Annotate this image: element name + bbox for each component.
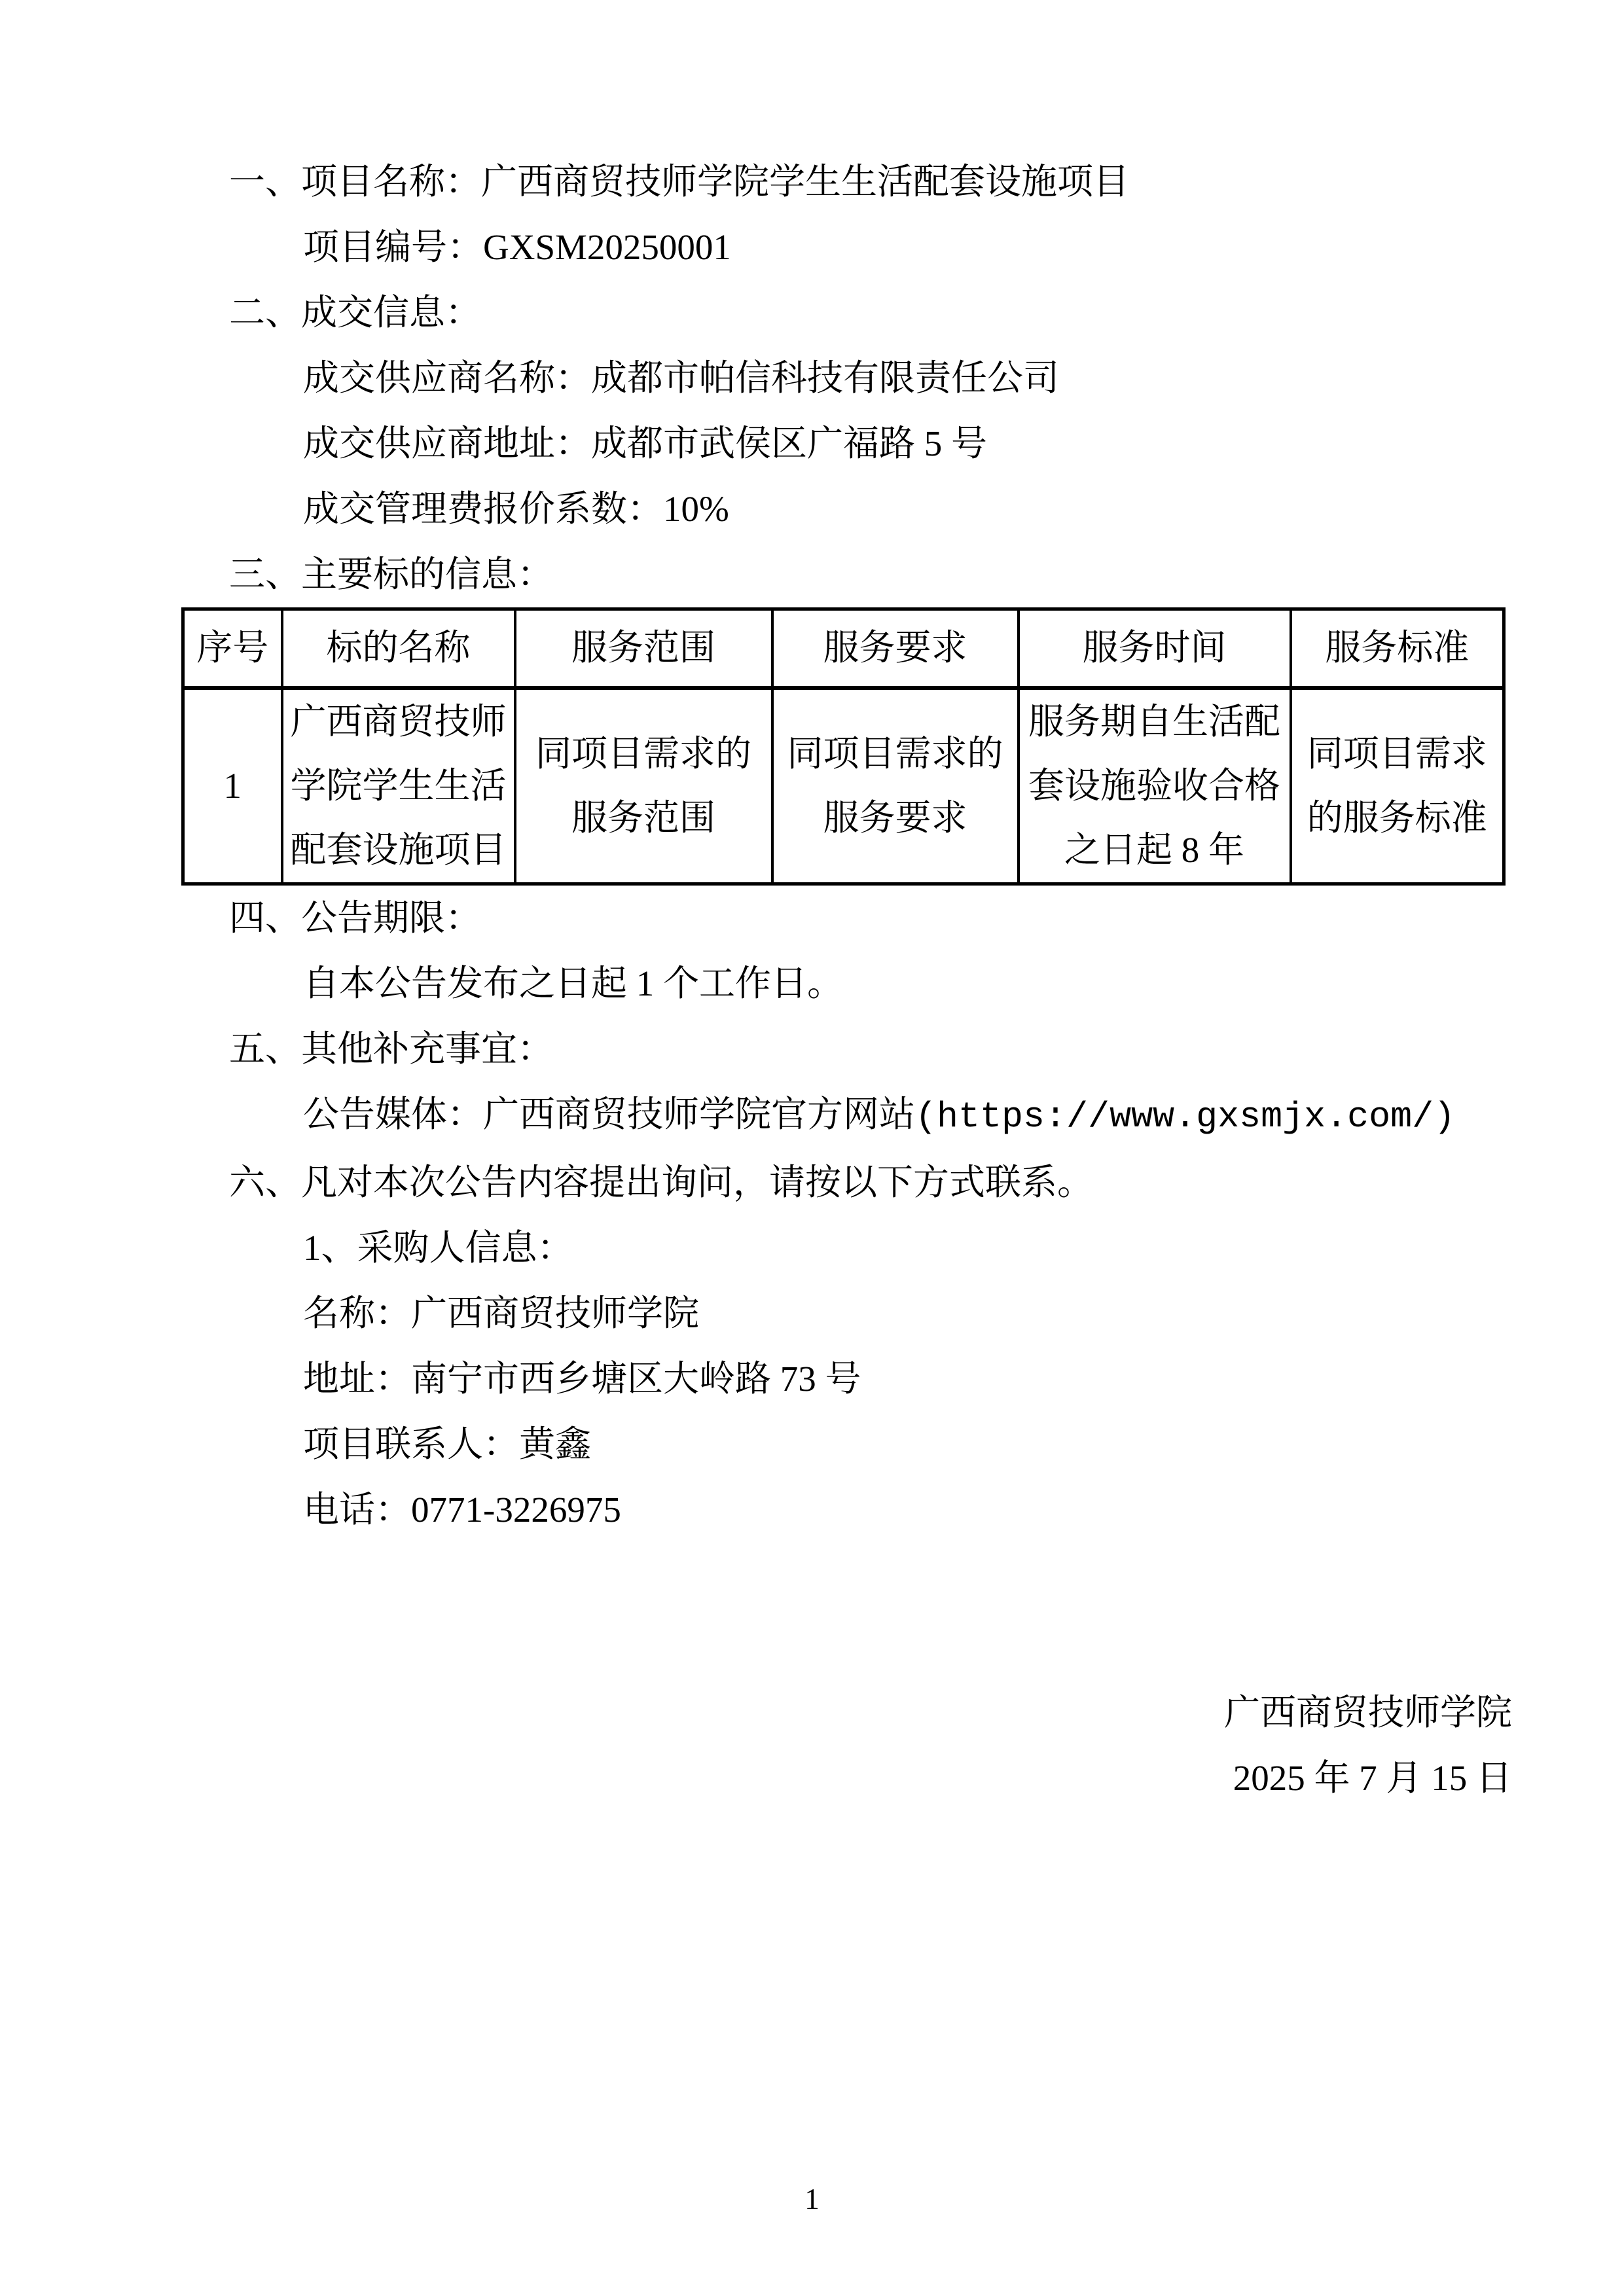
col-header-service-requirement: 服务要求 — [772, 609, 1019, 688]
signature-block: 广西商贸技师学院 2025 年 7 月 15 日 — [193, 1680, 1512, 1811]
buyer-info-label: 1、采购人信息： — [193, 1215, 1512, 1281]
col-header-target-name: 标的名称 — [282, 609, 515, 688]
cell-service-standard: 同项目需求的服务标准 — [1291, 688, 1504, 884]
media-label: 公告媒体：广西商贸技师学院官方网站 — [303, 1094, 915, 1134]
cell-service-scope: 同项目需求的服务范围 — [515, 688, 772, 884]
notice-period-line: 自本公告发布之日起 1 个工作日。 — [193, 951, 1512, 1016]
signature-date: 2025 年 7 月 15 日 — [193, 1746, 1512, 1811]
supplier-name-line: 成交供应商名称：成都市帕信科技有限责任公司 — [193, 346, 1512, 411]
announcement-media-line: 公告媒体：广西商贸技师学院官方网站(https://www.gxsmjx.com… — [193, 1082, 1512, 1150]
targets-table: 序号 标的名称 服务范围 服务要求 服务时间 服务标准 1 广西商贸技师学院学生… — [181, 607, 1506, 886]
cell-service-time: 服务期自生活配套设施验收合格之日起 8 年 — [1019, 688, 1291, 884]
announcement-page: 一、项目名称：广西商贸技师学院学生生活配套设施项目 项目编号：GXSM20250… — [0, 0, 1624, 2296]
cell-target-name: 广西商贸技师学院学生生活配套设施项目 — [282, 688, 515, 884]
project-number-line: 项目编号：GXSM20250001 — [193, 215, 1512, 280]
buyer-address-line: 地址：南宁市西乡塘区大岭路 73 号 — [193, 1346, 1512, 1412]
phone-line: 电话：0771-3226975 — [193, 1477, 1512, 1543]
col-header-seq: 序号 — [183, 609, 282, 688]
notice-period-heading: 四、公告期限： — [193, 886, 1512, 951]
media-url: (https://www.gxsmjx.com/) — [915, 1096, 1455, 1138]
supplier-address-line: 成交供应商地址：成都市武侯区广福路 5 号 — [193, 411, 1512, 476]
cell-service-requirement: 同项目需求的服务要求 — [772, 688, 1019, 884]
signature-org: 广西商贸技师学院 — [193, 1680, 1512, 1746]
page-number: 1 — [0, 2179, 1624, 2219]
table-header-row: 序号 标的名称 服务范围 服务要求 服务时间 服务标准 — [183, 609, 1504, 688]
col-header-service-time: 服务时间 — [1019, 609, 1291, 688]
targets-info-heading: 三、主要标的信息： — [193, 542, 1512, 607]
cell-seq: 1 — [183, 688, 282, 884]
management-fee-line: 成交管理费报价系数：10% — [193, 476, 1512, 542]
col-header-service-standard: 服务标准 — [1291, 609, 1504, 688]
document-body: 一、项目名称：广西商贸技师学院学生生活配套设施项目 项目编号：GXSM20250… — [0, 0, 1624, 1811]
deal-info-heading: 二、成交信息： — [193, 280, 1512, 346]
inquiry-heading: 六、凡对本次公告内容提出询问，请按以下方式联系。 — [193, 1150, 1512, 1215]
contact-person-line: 项目联系人：黄鑫 — [193, 1412, 1512, 1477]
table-row: 1 广西商贸技师学院学生生活配套设施项目 同项目需求的服务范围 同项目需求的服务… — [183, 688, 1504, 884]
buyer-name-line: 名称：广西商贸技师学院 — [193, 1281, 1512, 1346]
col-header-service-scope: 服务范围 — [515, 609, 772, 688]
supplement-heading: 五、其他补充事宜： — [193, 1016, 1512, 1082]
project-name-line: 一、项目名称：广西商贸技师学院学生生活配套设施项目 — [193, 149, 1512, 215]
